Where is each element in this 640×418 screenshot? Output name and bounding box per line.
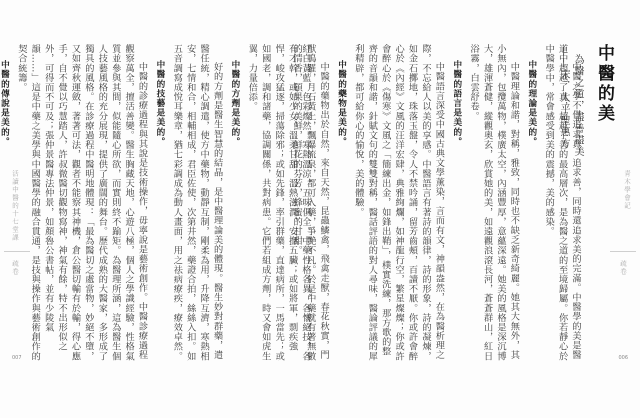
left-page: 活讀中醫的十七堂課 疏卷 紅白黃藍，色彩燦然，寒熱溫涼，五味俱全。中藥性格各異，… — [0, 0, 320, 418]
paragraph: 中醫語言深受中國古典文學薰染，言而有文，神韻盎然，在為醫析理之際，不忘給人以美的… — [352, 44, 446, 364]
subheading: 中醫的方劑是美的。 — [228, 44, 241, 364]
subheading: 中醫的語言是美的。 — [449, 44, 462, 364]
subheading: 中醫的技藝是美的。 — [153, 44, 166, 364]
paragraph: 好的方劑是醫生智慧的結晶，是中醫理論美的體現。醫生妙對群藥，遣醫任統，精心調遣，… — [170, 44, 224, 364]
subheading: 中醫的理論是美的。 — [524, 44, 537, 364]
page-number-left: 007 — [12, 355, 22, 361]
subheading: 中醫的藥物是美的。 — [334, 44, 347, 364]
paragraph: 中醫理論和諧，對稱，雅致，同時也不缺乏新奇綺麗。她其大無外，其小無內，包攬萬物，… — [467, 44, 521, 364]
left-page-body: 紅白黃藍，色彩燦然，寒熱溫涼，五味俱全。中藥性格各異，各懷絕技，各有才幹，或如少… — [48, 44, 312, 364]
subheading: 中醫的傳說是美的。 — [0, 44, 10, 364]
right-page-body: 中醫之學不僅追求真，追求善，同時還追求美的完滿。中醫學的美是醫道中超越了真，超越… — [396, 44, 582, 364]
page-number-right: 006 — [618, 355, 628, 361]
section-label-right: 疏卷 — [619, 260, 628, 276]
running-head-right: 青木學會記 — [623, 170, 632, 210]
running-head-rule-right — [610, 251, 636, 252]
paragraph: 中醫之學不僅追求真，追求善，同時還追求美的完滿。中醫學的美是醫道中超越了真，超越… — [542, 44, 582, 364]
chapter-title: 中醫的美 — [594, 44, 614, 194]
right-page: 中醫的美 為醫之道，盡善盡美 ——宋．太平聖惠方 中醫之學不僅追求真，追求善，同… — [320, 0, 640, 418]
paragraph: 中醫的藥物出於自然，來自天然，昆蟲鱗禽，飛禽走獸，春花秋實，門獸鳴羅，月石黃土，… — [290, 44, 330, 364]
paragraph: 中醫的診療過程與其說是技術操作，毋寧說是藝術創作。中醫診療過程觀察萬全，擅活善變… — [14, 44, 148, 364]
